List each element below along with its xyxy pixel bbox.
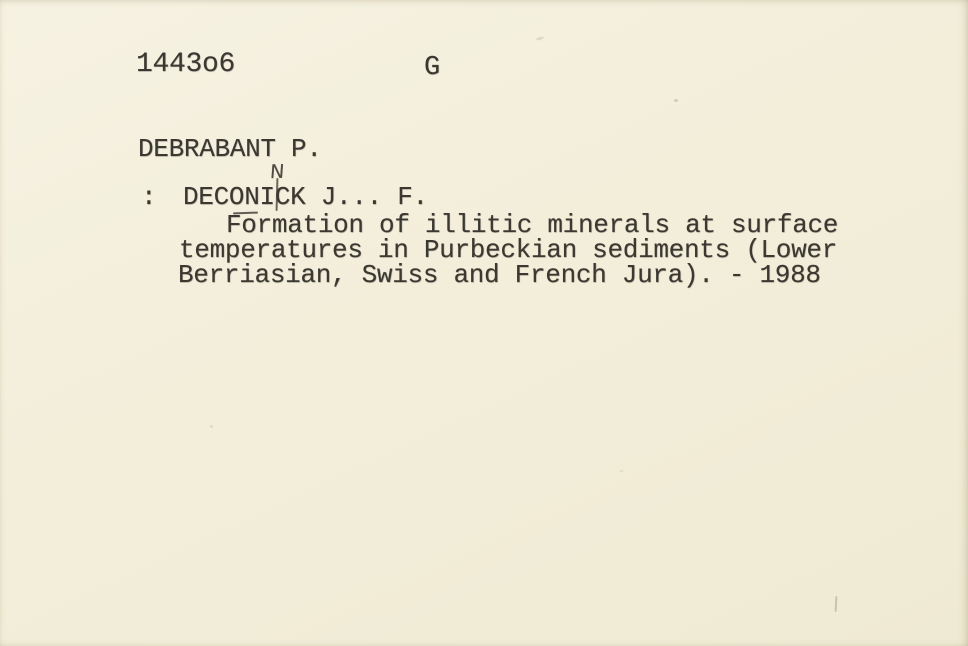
title-line: Berriasian, Swiss and French Jura). - 19… (178, 262, 821, 288)
author-secondary: DECONICK J... F. (183, 184, 428, 210)
call-number: 1443o6 (136, 51, 235, 79)
scan-artifact (620, 470, 623, 472)
scan-artifact (536, 36, 545, 41)
scan-artifact (835, 596, 838, 612)
author-primary: DEBRABANT P. (138, 136, 322, 162)
scan-artifact (210, 425, 213, 428)
catalog-card: 1443o6 G DEBRABANT P. N : DECONICK J... … (0, 0, 968, 646)
classification-letter: G (424, 55, 440, 82)
entry-separator: : (141, 184, 156, 210)
scan-artifact (674, 99, 678, 102)
